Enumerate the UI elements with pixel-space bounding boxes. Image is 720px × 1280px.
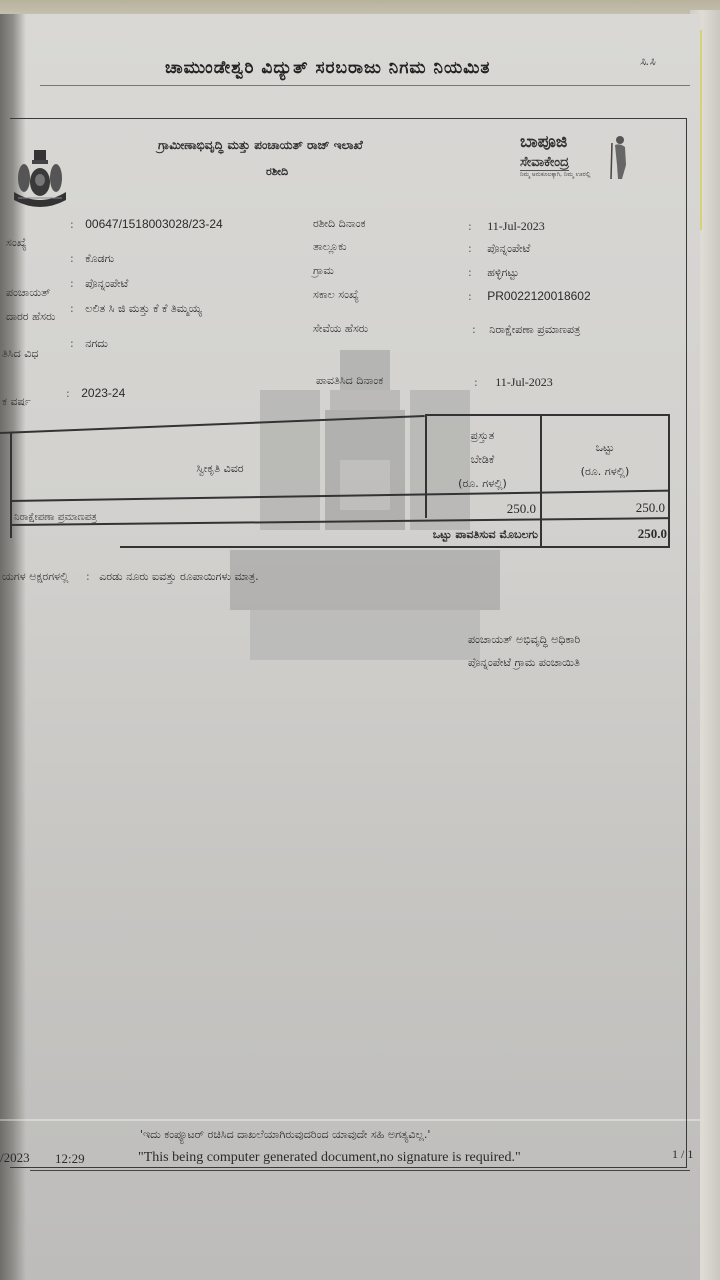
payer-name-value: ಲಲಿತ ಸಿ ಜಿ ಮತ್ತು ಕೆ ಕೆ ತಿಮ್ಮಯ್ಯ xyxy=(85,302,202,315)
sakala-number-field: ಸಕಾಲ ಸಂಖ್ಯೆ xyxy=(313,288,359,302)
receipt-number-value: 00647/1518003028/23-24 xyxy=(85,217,222,231)
receipt-date-value-row: : 11-Jul-2023 xyxy=(468,219,545,234)
taluk-field: ತಾಲ್ಲೂಕು xyxy=(313,240,347,254)
header-current-demand: ಪ್ರಸ್ತುತ ಬೇಡಿಕೆ (ರೂ. ಗಳಲ್ಲಿ) xyxy=(430,424,535,496)
table-row-current-demand: 250.0 xyxy=(430,501,536,517)
financial-year-label: ಕ ವರ್ಷ xyxy=(2,395,31,408)
footer-note-english: "This being computer generated document,… xyxy=(138,1150,521,1166)
taluk-label: ತಾಲ್ಲೂಕು xyxy=(313,240,347,253)
village-value-row: : ಹಳ್ಳಿಗಟ್ಟು xyxy=(468,266,519,280)
table-row-description: ನಿರಾಕ್ಷೇಪಣಾ ಪ್ರಮಾಣಪತ್ರ xyxy=(14,512,97,523)
receipt-heading: ರಶೀದಿ xyxy=(266,165,288,179)
bapuji-seva-kendra-logo: ಬಾಪೂಜಿ ಸೇವಾಕೇಂದ್ರ ನಿಮ್ಮ ಅನುಕೂಲಕ್ಕಾಗಿ, ನಿ… xyxy=(520,133,640,183)
taluk-value: ಪೊನ್ನಂಪೇಟೆ xyxy=(487,242,530,255)
title-divider xyxy=(40,85,690,86)
grand-total-label: ಒಟ್ಟು ಪಾವತಿಸುವ ಮೊಬಲಗು xyxy=(398,528,538,542)
district-value: ಕೊಡಗು xyxy=(85,252,114,265)
financial-year-value-row: : 2023-24 xyxy=(66,386,125,400)
handwritten-note: ಸಿ.ಸಿ xyxy=(640,55,655,69)
amount-in-words-label: ಯಗಳ ಅಕ್ಷರಗಳಲ್ಲಿ xyxy=(2,570,68,583)
panchayat-value-row: : ಪೊನ್ನಂಪೇಟೆ xyxy=(70,277,128,291)
payment-mode-label-row: ತಿಸಿದ ವಿಧ xyxy=(2,347,38,361)
header-description: ಸ್ವೀಕೃತಿ ವಿವರ xyxy=(140,462,300,476)
panchayat-value: ಪೊನ್ನಂಪೇಟೆ xyxy=(85,277,128,290)
footer-time: 12:29 xyxy=(55,1151,85,1167)
amount-in-words-value: ಎರಡು ನೂರು ಐವತ್ತು ರೂಪಾಯಿಗಳು ಮಾತ್ರ. xyxy=(99,570,258,583)
department-title: ಗ್ರಾಮೀಣಾಭಿವೃದ್ಧಿ ಮತ್ತು ಪಂಚಾಯತ್ ರಾಜ್ ಇಲಾಖ… xyxy=(158,138,363,153)
footer-date: /2023 xyxy=(0,1150,30,1166)
amount-in-words: ಯಗಳ ಅಕ್ಷರಗಳಲ್ಲಿ : ಎರಡು ನೂರು ಐವತ್ತು ರೂಪಾಯ… xyxy=(2,570,259,584)
panchayat-label-row: ಪಂಚಾಯತ್ xyxy=(6,286,51,300)
village-value: ಹಳ್ಳಿಗಟ್ಟು xyxy=(487,266,519,279)
payer-name-value-row: : ಲಲಿತ ಸಿ ಜಿ ಮತ್ತು ಕೆ ಕೆ ತಿಮ್ಮಯ್ಯ xyxy=(70,302,202,316)
payer-name-label-row: ದಾರರ ಹೆಸರು xyxy=(6,310,55,324)
sakala-number-label: ಸಕಾಲ ಸಂಖ್ಯೆ xyxy=(313,288,359,301)
sakala-number-value: PR0022120018602 xyxy=(487,289,590,303)
service-name-field: ಸೇವೆಯ ಹೆಸರು xyxy=(313,322,368,336)
signatory-block: ಪಂಚಾಯತ್ ಅಭಿವೃದ್ಧಿ ಅಧಿಕಾರಿ ಪೊನ್ನಂಪೇಟೆ ಗ್ರ… xyxy=(468,628,580,674)
payment-mode-label: ತಿಸಿದ ವಿಧ xyxy=(2,347,38,360)
district-value-row: : ಕೊಡಗು xyxy=(70,252,114,266)
table-row-total: 250.0 xyxy=(545,500,665,516)
payer-name-label: ದಾರರ ಹೆಸರು xyxy=(6,310,55,323)
payment-mode-value-row: : ನಗದು xyxy=(70,337,108,351)
paid-date-label: ಪಾವತಿಸಿದ ದಿನಾಂಕ xyxy=(316,374,383,387)
sakala-number-value-row: : PR0022120018602 xyxy=(468,289,591,303)
financial-year-label-row: ಕ ವರ್ಷ xyxy=(2,395,31,409)
service-name-label: ಸೇವೆಯ ಹೆಸರು xyxy=(313,322,368,335)
fee-table: ಸ್ವೀಕೃತಿ ವಿವರ ಪ್ರಸ್ತುತ ಬೇಡಿಕೆ (ರೂ. ಗಳಲ್ಲ… xyxy=(0,414,670,546)
signatory-office: ಪೊನ್ನಂಪೇಟೆ ಗ್ರಾಮ ಪಂಚಾಯಿತಿ xyxy=(468,651,580,674)
service-name-value-row: : ನಿರಾಕ್ಷೇಪಣಾ ಪ್ರಮಾಣಪತ್ರ xyxy=(472,323,580,337)
receipt-number-field: : 00647/1518003028/23-24 xyxy=(70,217,223,231)
number-label: ಸಂಖ್ಯೆ xyxy=(6,236,27,249)
receipt-date-value: 11-Jul-2023 xyxy=(487,219,545,233)
footer-note-kannada: 'ಇದು ಕಂಪ್ಯೂಟರ್ ರಚಿಸಿದ ದಾಖಲೆಯಾಗಿರುವುದರಿಂದ… xyxy=(140,1128,430,1142)
payment-mode-value: ನಗದು xyxy=(85,337,108,350)
panchayat-label: ಪಂಚಾಯತ್ xyxy=(6,286,51,299)
village-label: ಗ್ರಾಮ xyxy=(313,264,334,277)
paid-date-field: ಪಾವತಿಸಿದ ದಿನಾಂಕ xyxy=(316,374,383,388)
page-number: 1 / 1 xyxy=(672,1147,693,1162)
signatory-designation: ಪಂಚಾಯತ್ ಅಭಿವೃದ್ಧಿ ಅಧಿಕಾರಿ xyxy=(468,628,580,651)
paid-date-value: 11-Jul-2023 xyxy=(495,375,553,389)
financial-year-value: 2023-24 xyxy=(81,386,125,400)
grand-total-value: 250.0 xyxy=(545,526,667,542)
header-total: ಒಟ್ಟು (ರೂ. ಗಳಲ್ಲಿ) xyxy=(545,436,665,484)
receipt-date-field: ರಶೀದಿ ದಿನಾಂಕ xyxy=(313,217,366,231)
district-field: ಸಂಖ್ಯೆ xyxy=(6,236,27,250)
footer-divider xyxy=(30,1170,690,1171)
gandhi-figure-icon xyxy=(608,135,632,179)
village-field: ಗ್ರಾಮ xyxy=(313,264,334,278)
logo-subtitle: ಸೇವಾಕೇಂದ್ರ xyxy=(520,155,569,171)
karnataka-emblem-icon xyxy=(10,148,70,214)
company-title: ಚಾಮುಂಡೇಶ್ವರಿ ವಿದ್ಯುತ್ ಸರಬರಾಜು ನಿಗಮ ನಿಯಮಿ… xyxy=(165,58,490,78)
receipt-date-label: ರಶೀದಿ ದಿನಾಂಕ xyxy=(313,217,366,230)
paid-date-value-row: : 11-Jul-2023 xyxy=(474,375,553,390)
taluk-value-row: : ಪೊನ್ನಂಪೇಟೆ xyxy=(468,242,530,256)
service-name-value: ನಿರಾಕ್ಷೇಪಣಾ ಪ್ರಮಾಣಪತ್ರ xyxy=(489,323,580,336)
